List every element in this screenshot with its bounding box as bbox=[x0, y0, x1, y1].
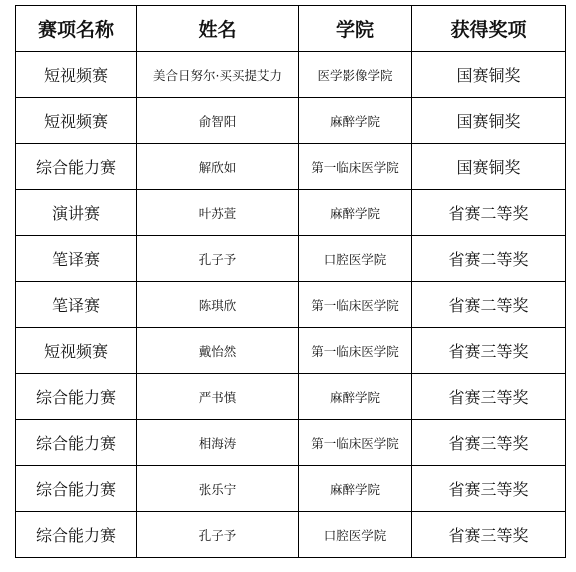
cell-competition: 综合能力赛 bbox=[16, 144, 137, 190]
table-row: 笔译赛 孔子予 口腔医学院 省赛二等奖 bbox=[16, 236, 566, 282]
table-row: 笔译赛 陈琪欣 第一临床医学院 省赛二等奖 bbox=[16, 282, 566, 328]
cell-college: 口腔医学院 bbox=[299, 512, 412, 558]
cell-competition: 短视频赛 bbox=[16, 52, 137, 98]
header-row: 赛项名称 姓名 学院 获得奖项 bbox=[16, 6, 566, 52]
table-row: 综合能力赛 孔子予 口腔医学院 省赛三等奖 bbox=[16, 512, 566, 558]
cell-college: 第一临床医学院 bbox=[299, 420, 412, 466]
cell-award: 国赛铜奖 bbox=[412, 144, 566, 190]
cell-name: 张乐宁 bbox=[137, 466, 299, 512]
cell-name: 美合日努尔·买买提艾力 bbox=[137, 52, 299, 98]
table-row: 综合能力赛 严书慎 麻醉学院 省赛三等奖 bbox=[16, 374, 566, 420]
cell-name: 俞智阳 bbox=[137, 98, 299, 144]
cell-competition: 演讲赛 bbox=[16, 190, 137, 236]
cell-college: 麻醉学院 bbox=[299, 190, 412, 236]
cell-award: 省赛三等奖 bbox=[412, 328, 566, 374]
cell-award: 省赛二等奖 bbox=[412, 236, 566, 282]
cell-name: 叶苏萱 bbox=[137, 190, 299, 236]
table-row: 短视频赛 戴怡然 第一临床医学院 省赛三等奖 bbox=[16, 328, 566, 374]
table-row: 短视频赛 俞智阳 麻醉学院 国赛铜奖 bbox=[16, 98, 566, 144]
cell-college: 第一临床医学院 bbox=[299, 282, 412, 328]
cell-competition: 短视频赛 bbox=[16, 328, 137, 374]
awards-table: 赛项名称 姓名 学院 获得奖项 短视频赛 美合日努尔·买买提艾力 医学影像学院 … bbox=[15, 5, 566, 558]
cell-college: 麻醉学院 bbox=[299, 466, 412, 512]
cell-competition: 综合能力赛 bbox=[16, 466, 137, 512]
cell-award: 省赛三等奖 bbox=[412, 466, 566, 512]
cell-college: 第一临床医学院 bbox=[299, 328, 412, 374]
cell-award: 省赛三等奖 bbox=[412, 420, 566, 466]
table-row: 综合能力赛 相海涛 第一临床医学院 省赛三等奖 bbox=[16, 420, 566, 466]
cell-award: 省赛三等奖 bbox=[412, 374, 566, 420]
cell-competition: 综合能力赛 bbox=[16, 374, 137, 420]
cell-competition: 笔译赛 bbox=[16, 282, 137, 328]
cell-award: 国赛铜奖 bbox=[412, 98, 566, 144]
header-name: 姓名 bbox=[137, 6, 299, 52]
cell-college: 医学影像学院 bbox=[299, 52, 412, 98]
cell-name: 相海涛 bbox=[137, 420, 299, 466]
cell-name: 戴怡然 bbox=[137, 328, 299, 374]
header-award: 获得奖项 bbox=[412, 6, 566, 52]
cell-name: 解欣如 bbox=[137, 144, 299, 190]
cell-competition: 综合能力赛 bbox=[16, 420, 137, 466]
cell-award: 省赛二等奖 bbox=[412, 282, 566, 328]
cell-college: 口腔医学院 bbox=[299, 236, 412, 282]
header-competition: 赛项名称 bbox=[16, 6, 137, 52]
cell-college: 麻醉学院 bbox=[299, 374, 412, 420]
table-row: 演讲赛 叶苏萱 麻醉学院 省赛二等奖 bbox=[16, 190, 566, 236]
cell-name: 陈琪欣 bbox=[137, 282, 299, 328]
cell-competition: 综合能力赛 bbox=[16, 512, 137, 558]
cell-competition: 短视频赛 bbox=[16, 98, 137, 144]
header-college: 学院 bbox=[299, 6, 412, 52]
cell-award: 省赛三等奖 bbox=[412, 512, 566, 558]
table-row: 短视频赛 美合日努尔·买买提艾力 医学影像学院 国赛铜奖 bbox=[16, 52, 566, 98]
cell-college: 第一临床医学院 bbox=[299, 144, 412, 190]
cell-name: 孔子予 bbox=[137, 236, 299, 282]
cell-award: 省赛二等奖 bbox=[412, 190, 566, 236]
cell-college: 麻醉学院 bbox=[299, 98, 412, 144]
cell-name: 孔子予 bbox=[137, 512, 299, 558]
table-row: 综合能力赛 张乐宁 麻醉学院 省赛三等奖 bbox=[16, 466, 566, 512]
cell-competition: 笔译赛 bbox=[16, 236, 137, 282]
table-row: 综合能力赛 解欣如 第一临床医学院 国赛铜奖 bbox=[16, 144, 566, 190]
cell-award: 国赛铜奖 bbox=[412, 52, 566, 98]
cell-name: 严书慎 bbox=[137, 374, 299, 420]
